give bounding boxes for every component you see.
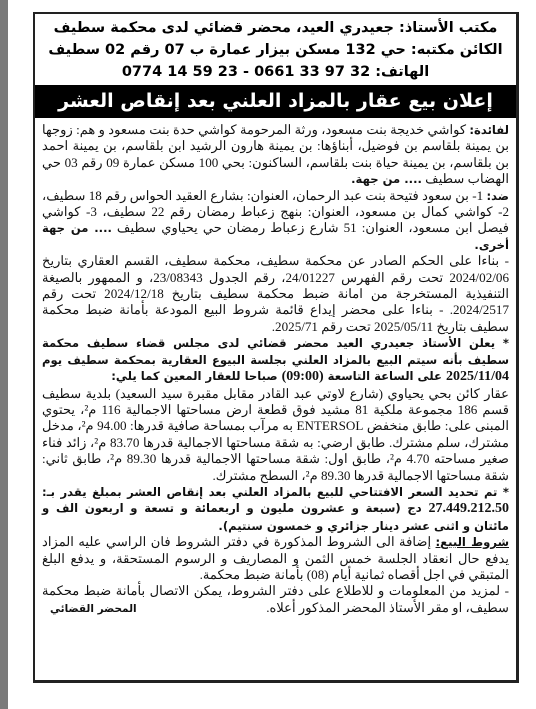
auction-time: (09:00): [282, 369, 324, 384]
conditions-label: شروط البيع:: [436, 535, 509, 549]
announcement-text-a: * يعلن الأستاذ جعيدري العيد محضر قضائي ل…: [42, 336, 509, 366]
legal-notice: مكتب الأستاذ: جعيدري العيد، محضر قضائي ل…: [33, 12, 519, 683]
announcement-text-b: على الساعة التاسعة: [324, 369, 446, 383]
property-description: عقار كائن بحي يحياوي (شارع لاوتي عبد الق…: [42, 386, 509, 484]
legal-basis-paragraph: - بناءا على الحكم الصادر عن محكمة سطيف، …: [42, 253, 509, 335]
price-text-a: * تم تحديد السعر الافتتاحي للبيع بالمزاد…: [42, 485, 509, 499]
phone-line: الهاتف: 32 97 33 0661 - 23 59 14 0774: [35, 61, 516, 83]
notice-title: إعلان بيع عقار بالمزاد العلني بعد إنقاص …: [35, 85, 516, 118]
opening-price: * تم تحديد السعر الافتتاحي للبيع بالمزاد…: [42, 484, 509, 534]
auction-date: 2025/11/04: [446, 369, 509, 384]
against-paragraph: ضد: 1- بن سعود فتيحة بنت عبد الرحمان، ال…: [42, 188, 509, 254]
against-label: ضد:: [486, 189, 509, 203]
sale-conditions: شروط البيع: إضافة الى الشروط المذكورة في…: [42, 534, 509, 583]
auction-announcement: * يعلن الأستاذ جعيدري العيد محضر قضائي ل…: [42, 335, 509, 385]
price-amount: 27.449.212.50: [429, 501, 510, 516]
beneficiary-paragraph: لفائدة: كواشي خديجة بنت مسعود، ورثة المر…: [42, 122, 509, 188]
beneficiary-label: لفائدة:: [469, 123, 509, 137]
address-line: الكائن مكتبه: حي 132 مسكن بيزار عمارة ب …: [35, 39, 516, 61]
against-text: 1- بن سعود فتيحة بنت عبد الرحمان، العنوا…: [42, 188, 509, 236]
bailiff-header: مكتب الأستاذ: جعيدري العيد، محضر قضائي ل…: [35, 14, 516, 83]
announcement-text-c: صباحا للعقار المعين كما يلي:: [111, 369, 281, 383]
left-edge-bar: [0, 0, 8, 709]
notice-body: لفائدة: كواشي خديجة بنت مسعود، ورثة المر…: [35, 118, 516, 618]
office-line: مكتب الأستاذ: جعيدري العيد، محضر قضائي ل…: [35, 17, 516, 39]
beneficiary-text: كواشي خديجة بنت مسعود، ورثة المرحومة كوا…: [42, 122, 509, 186]
signature: المحضر القضائي: [42, 603, 137, 615]
beneficiary-suffix: .... من جهة.: [351, 172, 422, 186]
